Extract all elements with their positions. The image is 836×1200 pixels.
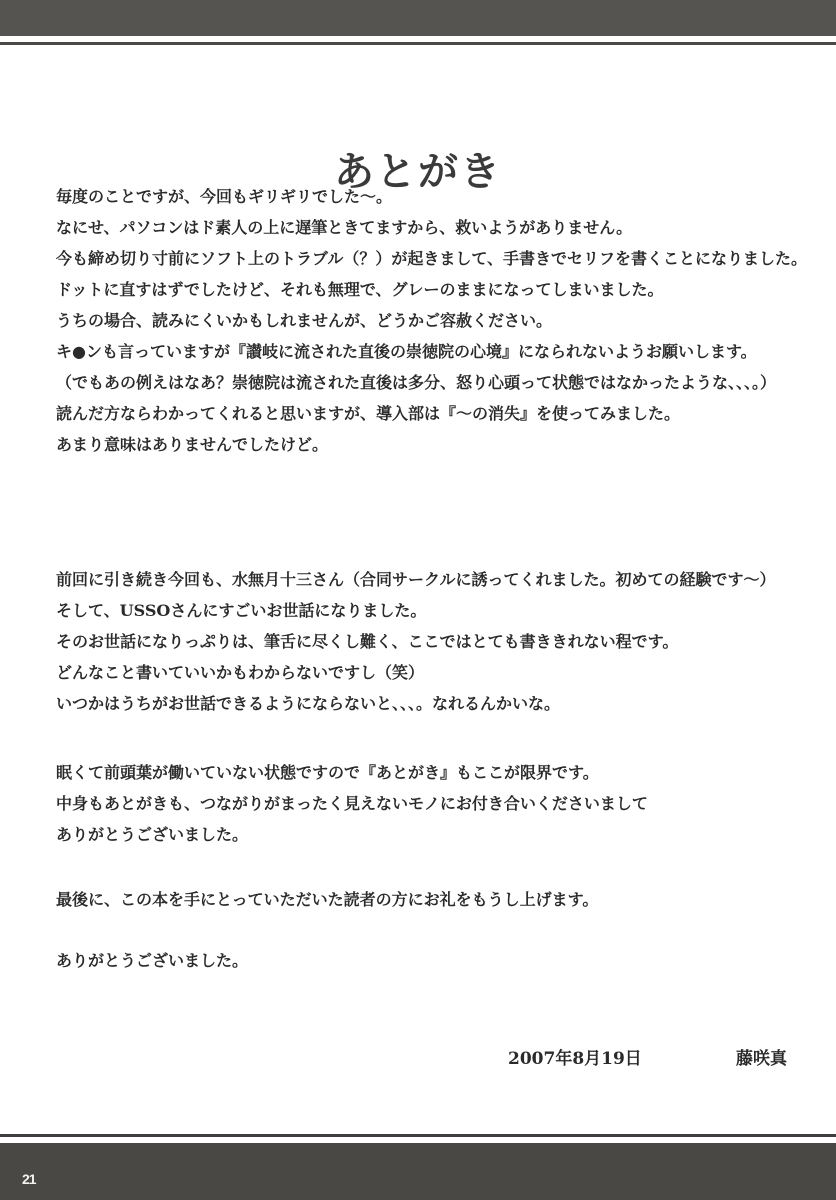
paragraph-4: 最後に、この本を手にとっていただいた読者の方にお礼をもうし上げます。: [56, 884, 836, 915]
text-line: 中身もあとがきも、つながりがまったく見えないモノにお付き合いくださいまして: [56, 788, 836, 819]
text-line: 最後に、この本を手にとっていただいた読者の方にお礼をもうし上げます。: [56, 884, 836, 915]
signature-date: 2007年8月19日: [508, 1044, 642, 1069]
text-line: 前回に引き続き今回も、水無月十三さん（合同サークルに誘ってくれました。初めての経…: [56, 564, 836, 595]
text-line: （でもあの例えはなあ？崇徳院は流された直後は多分、怒り心頭って状態ではなかったよ…: [56, 367, 836, 398]
top-divider: [0, 42, 836, 45]
text-line: 毎度のことですが、今回もギリギリでした～。: [56, 181, 836, 212]
bottom-divider: [0, 1134, 836, 1137]
text-line: キ●ンも言っていますが『讃岐に流された直後の崇徳院の心境』になられないようお願い…: [56, 336, 836, 367]
text-line: 読んだ方ならわかってくれると思いますが、導入部は『～の消失』を使ってみました。: [56, 398, 836, 429]
text-line: どんなこと書いていいかもわからないですし（笑）: [56, 657, 836, 688]
paragraph-3: 眠くて前頭葉が働いていない状態ですので『あとがき』もここが限界です。 中身もあと…: [56, 757, 836, 850]
paragraph-2: 前回に引き続き今回も、水無月十三さん（合同サークルに誘ってくれました。初めての経…: [56, 564, 836, 719]
page-number: 21: [22, 1171, 36, 1187]
bottom-decorative-band: [0, 1143, 836, 1200]
text-line: なにせ、パソコンはド素人の上に遅筆ときてますから、救いようがありません。: [56, 212, 836, 243]
text-line: うちの場合、読みにくいかもしれませんが、どうかご容赦ください。: [56, 305, 836, 336]
text-line: ありがとうございました。: [56, 945, 836, 976]
text-line: あまり意味はありませんでしたけど。: [56, 429, 836, 460]
top-decorative-band: [0, 0, 836, 36]
text-line: いつかはうちがお世話できるようにならないと、、、。なれるんかいな。: [56, 688, 836, 719]
paragraph-1: 毎度のことですが、今回もギリギリでした～。 なにせ、パソコンはド素人の上に遅筆と…: [56, 181, 836, 460]
paragraph-5: ありがとうございました。: [56, 945, 836, 976]
signature-author: 藤咲真: [736, 1044, 787, 1069]
text-line: 眠くて前頭葉が働いていない状態ですので『あとがき』もここが限界です。: [56, 757, 836, 788]
text-line: ありがとうございました。: [56, 819, 836, 850]
text-line: そのお世話になりっぷりは、筆舌に尽くし難く、ここではとても書ききれない程です。: [56, 626, 836, 657]
text-line: そして、USSOさんにすごいお世話になりました。: [56, 595, 836, 626]
text-line: ドットに直すはずでしたけど、それも無理で、グレーのままになってしまいました。: [56, 274, 836, 305]
text-line: 今も締め切り寸前にソフト上のトラブル（？）が起きまして、手書きでセリフを書くこと…: [56, 243, 836, 274]
